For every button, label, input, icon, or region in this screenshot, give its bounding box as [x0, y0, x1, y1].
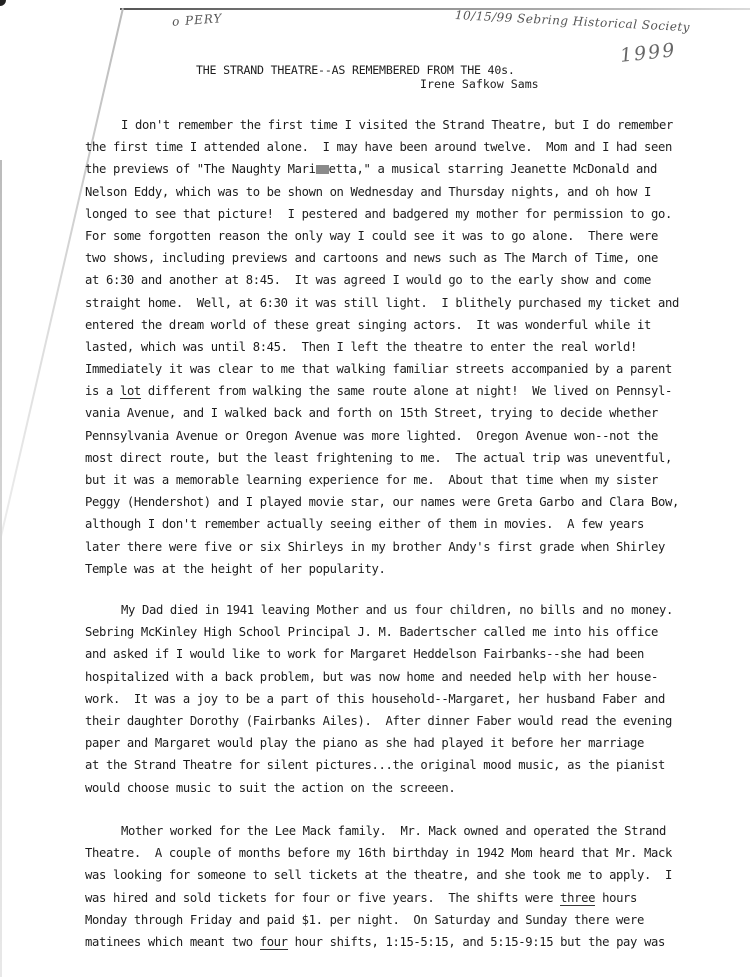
text-line: was looking for someone to sell tickets …: [85, 864, 735, 886]
text-line: Temple was at the height of her populari…: [85, 558, 735, 580]
text-line: later there were five or six Shirleys in…: [85, 536, 735, 558]
ink-blot: [316, 165, 329, 174]
text-line: their daughter Dorothy (Fairbanks Ailes)…: [85, 710, 735, 732]
text-line: Nelson Eddy, which was to be shown on We…: [85, 181, 735, 203]
text-line: the first time I attended alone. I may h…: [85, 136, 735, 158]
text-line: most direct route, but the least frighte…: [85, 447, 735, 469]
handwritten-year: 1999: [619, 39, 677, 67]
text-line: at 6:30 and another at 8:45. It was agre…: [85, 269, 735, 291]
text-line: My Dad died in 1941 leaving Mother and u…: [85, 599, 735, 621]
paragraph-2: My Dad died in 1941 leaving Mother and u…: [85, 599, 735, 799]
handwritten-note-top-left: o PERY: [172, 11, 223, 28]
text-line: Immediately it was clear to me that walk…: [85, 358, 735, 380]
text-line: Theatre. A couple of months before my 16…: [85, 842, 735, 864]
text-line: the previews of "The Naughty Marietta," …: [85, 158, 735, 180]
text-line: Monday through Friday and paid $1. per n…: [85, 909, 735, 931]
paragraph-3: Mother worked for the Lee Mack family. M…: [85, 820, 735, 953]
page-left-edge: [0, 160, 2, 977]
text-line: is a lot different from walking the same…: [85, 380, 735, 402]
handwritten-note-top-right: 10/15/99 Sebring Historical Society: [455, 8, 691, 34]
text-line: Sebring McKinley High School Principal J…: [85, 621, 735, 643]
scan-shadow: [0, 0, 6, 6]
underlined-word: lot: [120, 384, 141, 399]
text-line: but it was a memorable learning experien…: [85, 469, 735, 491]
text-line: hospitalized with a back problem, but wa…: [85, 666, 735, 688]
text-line: was hired and sold tickets for four or f…: [85, 887, 735, 909]
text-line: at the Strand Theatre for silent picture…: [85, 754, 735, 776]
underlined-word: three: [560, 891, 595, 906]
document-author: Irene Safkow Sams: [420, 77, 539, 91]
title-block: THE STRAND THEATRE--AS REMEMBERED FROM T…: [196, 63, 515, 77]
text-line: would choose music to suit the action on…: [85, 777, 735, 799]
text-line: two shows, including previews and cartoo…: [85, 247, 735, 269]
text-line: Pennsylvania Avenue or Oregon Avenue was…: [85, 425, 735, 447]
text-line: For some forgotten reason the only way I…: [85, 225, 735, 247]
text-line: straight home. Well, at 6:30 it was stil…: [85, 292, 735, 314]
text-line: Mother worked for the Lee Mack family. M…: [85, 820, 735, 842]
text-line: Peggy (Hendershot) and I played movie st…: [85, 491, 735, 513]
scanned-page: o PERY 10/15/99 Sebring Historical Socie…: [0, 0, 750, 977]
document-title: THE STRAND THEATRE--AS REMEMBERED FROM T…: [196, 63, 515, 77]
page-fold-edge: [120, 8, 750, 10]
text-line: entered the dream world of these great s…: [85, 314, 735, 336]
text-line: work. It was a joy to be a part of this …: [85, 688, 735, 710]
text-line: I don't remember the first time I visite…: [85, 114, 735, 136]
text-line: matinees which meant two four hour shift…: [85, 931, 735, 953]
text-line: although I don't remember actually seein…: [85, 513, 735, 535]
text-line: paper and Margaret would play the piano …: [85, 732, 735, 754]
text-line: lasted, which was until 8:45. Then I lef…: [85, 336, 735, 358]
text-line: and asked if I would like to work for Ma…: [85, 643, 735, 665]
underlined-word: four: [260, 935, 288, 950]
text-line: longed to see that picture! I pestered a…: [85, 203, 735, 225]
paragraph-1: I don't remember the first time I visite…: [85, 114, 735, 580]
text-line: vania Avenue, and I walked back and fort…: [85, 402, 735, 424]
